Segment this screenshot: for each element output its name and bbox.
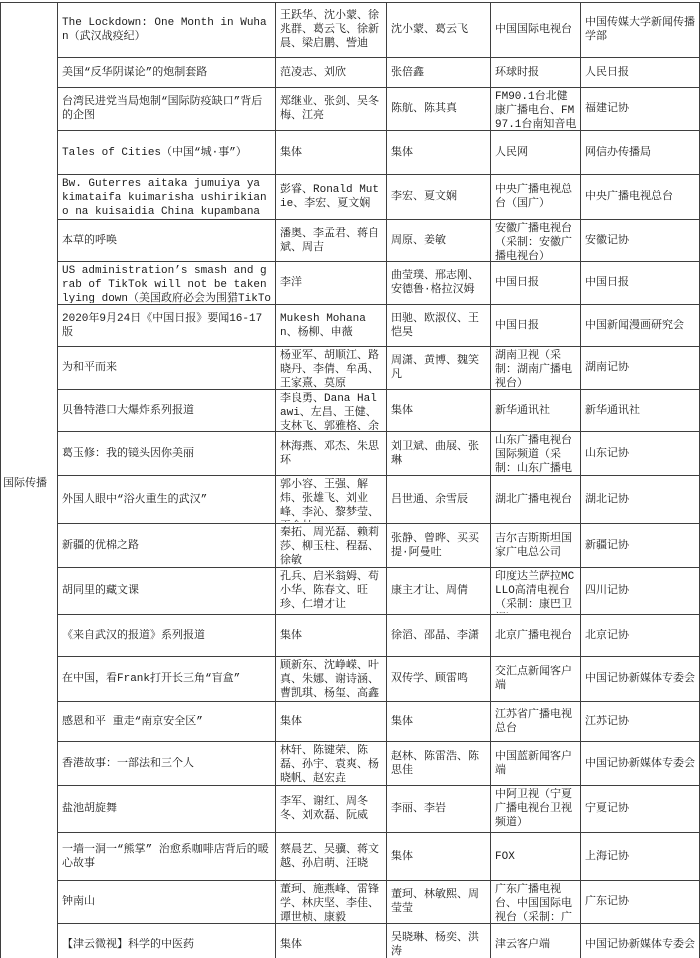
editors-cell: 田驰、欧淑仪、王恺昊 — [387, 305, 491, 347]
editors-cell: 曲莹璞、邢志刚、安德鲁·格拉汉姆 — [387, 262, 491, 305]
recommender-cell: 新华通讯社 — [581, 390, 700, 432]
authors-cell: 顾新东、沈峥嵘、叶真、朱娜、谢诗涵、曹凯琪、杨玺、高鑫 — [276, 657, 387, 702]
authors-cell: 林海燕、邓杰、朱思环 — [276, 432, 387, 476]
authors-cell-text: 集体 — [280, 146, 383, 160]
editors-cell-text: 张倍鑫 — [391, 66, 487, 80]
title-cell-text: 《来自武汉的报道》系列报道 — [62, 629, 272, 643]
publisher-cell: FM90.1台北健康广播电台、FM97.1台南知音电台、 — [491, 88, 581, 131]
publisher-cell-text: 安徽广播电视台（采制：安徽广播电视台） — [495, 222, 577, 260]
editors-cell: 集体 — [387, 131, 491, 175]
authors-cell-text: 集体 — [280, 629, 383, 643]
authors-cell-text: 杨亚军、胡顺江、路晓丹、李倩、牟禹、王家熹、莫原 — [280, 349, 383, 388]
publisher-cell: 北京广播电视台 — [491, 615, 581, 657]
editors-cell: 集体 — [387, 390, 491, 432]
publisher-cell: 广东广播电视台、中国国际电视台（采制：广东广播电视台） — [491, 881, 581, 924]
publisher-cell: 中阿卫视（宁夏广播电视台卫视频道） — [491, 786, 581, 833]
authors-cell-text: 李洋 — [280, 276, 383, 290]
publisher-cell-text: 交汇点新闻客户端 — [495, 665, 577, 693]
publisher-cell-text: 中国日报 — [495, 276, 577, 290]
title-cell-text: 本草的呼唤 — [62, 234, 272, 248]
recommender-cell-text: 中央广播电视总台 — [585, 190, 696, 204]
table-row: 台湾民进党当局炮制“国际防疫缺口”背后的企图郑继业、张剑、吴冬梅、江亮陈航、陈其… — [1, 88, 700, 131]
authors-cell-text: 潘奥、李孟君、蒋自斌、周吉 — [280, 227, 383, 255]
recommender-cell: 中国记协新媒体专委会 — [581, 742, 700, 786]
title-cell: US administration’s smash and grab of Ti… — [58, 262, 276, 305]
publisher-cell: 中国日报 — [491, 305, 581, 347]
publisher-cell: 中国日报 — [491, 262, 581, 305]
publisher-cell: 吉尔吉斯斯坦国家广电总公司 — [491, 524, 581, 568]
recommender-cell-text: 江苏记协 — [585, 715, 696, 729]
authors-cell: 蔡晨艺、吴骥、蒋文越、孙启萌、汪晓 — [276, 833, 387, 881]
editors-cell: 双传学、顾雷鸣 — [387, 657, 491, 702]
publisher-cell: 交汇点新闻客户端 — [491, 657, 581, 702]
authors-cell-text: 秦拓、周光磊、赖莉莎、柳玉柱、程磊、徐敏 — [280, 526, 383, 566]
editors-cell-text: 康主才让、周倩 — [391, 584, 487, 598]
editors-cell: 吴晓琳、杨奕、洪涛 — [387, 924, 491, 958]
recommender-cell-text: 福建记协 — [585, 102, 696, 116]
title-cell-text: 一墙一洞一“熊掌” 治愈系咖啡店背后的暖心故事 — [62, 843, 272, 871]
editors-cell-text: 李宏、夏文娴 — [391, 190, 487, 204]
publisher-cell-text: 江苏省广播电视总台 — [495, 708, 577, 736]
editors-cell-text: 徐滔、邵晶、李潇 — [391, 629, 487, 643]
editors-cell: 周潇、黄博、魏笑凡 — [387, 347, 491, 390]
recommender-cell-text: 新华通讯社 — [585, 404, 696, 418]
table-row: 钟南山董珂、施燕峰、雷锋学、林庆坚、李佳、谭世桢、康毅董珂、林敏熙、周莹莹广东广… — [1, 881, 700, 924]
editors-cell: 集体 — [387, 833, 491, 881]
editors-cell-text: 陈航、陈其真 — [391, 102, 487, 116]
title-cell-text: 葛玉修：我的镜头因你美丽 — [62, 447, 272, 461]
authors-cell: 集体 — [276, 702, 387, 742]
authors-cell-text: Mukesh Mohanan、杨柳、申薇 — [280, 312, 383, 340]
title-cell-text: 钟南山 — [62, 895, 272, 909]
table-row: 【津云微视】科学的中医药集体吴晓琳、杨奕、洪涛津云客户端中国记协新媒体专委会 — [1, 924, 700, 958]
authors-cell-text: 孔兵、启米翁姆、苟小华、陈春文、旺珍、仁增才让 — [280, 570, 383, 612]
publisher-cell: 津云客户端 — [491, 924, 581, 958]
editors-cell: 吕世通、余雪辰 — [387, 476, 491, 524]
editors-cell: 刘卫斌、曲展、张琳 — [387, 432, 491, 476]
table-row: 美国“反华阴谋论”的炮制套路范凌志、刘欣张倍鑫环球时报人民日报 — [1, 58, 700, 88]
publisher-cell-text: 环球时报 — [495, 66, 577, 80]
recommender-cell-text: 湖北记协 — [585, 493, 696, 507]
publisher-cell-text: 津云客户端 — [495, 938, 577, 952]
recommender-cell-text: 中国记协新媒体专委会 — [585, 757, 696, 771]
title-cell-text: 盐池胡旋舞 — [62, 802, 272, 816]
publisher-cell: 新华通讯社 — [491, 390, 581, 432]
authors-cell: 孔兵、启米翁姆、苟小华、陈春文、旺珍、仁增才让 — [276, 568, 387, 615]
publisher-cell: 中国国际电视台 — [491, 3, 581, 58]
editors-cell-text: 周原、姜敏 — [391, 234, 487, 248]
title-cell: 外国人眼中“浴火重生的武汉” — [58, 476, 276, 524]
publisher-cell-text: 中阿卫视（宁夏广播电视台卫视频道） — [495, 788, 577, 830]
authors-cell: 潘奥、李孟君、蒋自斌、周吉 — [276, 220, 387, 262]
publisher-cell: 印度达兰萨拉MCLLO高清电视台（采制：康巴卫视） — [491, 568, 581, 615]
publisher-cell: 湖北广播电视台 — [491, 476, 581, 524]
authors-cell-text: 顾新东、沈峥嵘、叶真、朱娜、谢诗涵、曹凯琪、杨玺、高鑫 — [280, 659, 383, 700]
table-row: Bw. Guterres aitaka jumuiya ya kimataifa… — [1, 175, 700, 220]
editors-cell-text: 集体 — [391, 146, 487, 160]
editors-cell: 赵林、陈雷浩、陈思佳 — [387, 742, 491, 786]
editors-cell-text: 吕世通、余雪辰 — [391, 493, 487, 507]
title-cell: 2020年9月24日《中国日报》要闻16-17版 — [58, 305, 276, 347]
recommender-cell: 人民日报 — [581, 58, 700, 88]
publisher-cell-text: 印度达兰萨拉MCLLO高清电视台（采制：康巴卫视） — [495, 570, 577, 613]
table-row: 2020年9月24日《中国日报》要闻16-17版Mukesh Mohanan、杨… — [1, 305, 700, 347]
editors-cell-text: 双传学、顾雷鸣 — [391, 672, 487, 686]
table-row: 国际传播The Lockdown: One Month in Wuhan（武汉战… — [1, 3, 700, 58]
table-row: 《来自武汉的报道》系列报道集体徐滔、邵晶、李潇北京广播电视台北京记协 — [1, 615, 700, 657]
publisher-cell: 中央广播电视总台（国广） — [491, 175, 581, 220]
publisher-cell-text: 人民网 — [495, 146, 577, 160]
title-cell-text: 贝鲁特港口大爆炸系列报道 — [62, 404, 272, 418]
title-cell-text: 香港故事：一部法和三个人 — [62, 757, 272, 771]
title-cell: Bw. Guterres aitaka jumuiya ya kimataifa… — [58, 175, 276, 220]
authors-cell: 李洋 — [276, 262, 387, 305]
title-cell-text: 美国“反华阴谋论”的炮制套路 — [62, 66, 272, 80]
authors-cell-text: 彭睿、Ronald Mutie、李宏、夏文娴 — [280, 183, 383, 211]
title-cell: 美国“反华阴谋论”的炮制套路 — [58, 58, 276, 88]
authors-cell: 李良勇、Dana Halawi、左昌、王健、支林飞、郭雅格、余忠稳 — [276, 390, 387, 432]
recommender-cell-text: 网信办传播局 — [585, 146, 696, 160]
publisher-cell: 安徽广播电视台（采制：安徽广播电视台） — [491, 220, 581, 262]
recommender-cell-text: 四川记协 — [585, 584, 696, 598]
authors-cell: 郑继业、张剑、吴冬梅、江亮 — [276, 88, 387, 131]
table-row: 一墙一洞一“熊掌” 治愈系咖啡店背后的暖心故事蔡晨艺、吴骥、蒋文越、孙启萌、汪晓… — [1, 833, 700, 881]
recommender-cell: 新疆记协 — [581, 524, 700, 568]
publisher-cell-text: 北京广播电视台 — [495, 629, 577, 643]
authors-cell-text: 集体 — [280, 715, 383, 729]
authors-cell-text: 郑继业、张剑、吴冬梅、江亮 — [280, 95, 383, 123]
title-cell-text: 台湾民进党当局炮制“国际防疫缺口”背后的企图 — [62, 95, 272, 123]
authors-cell: 范凌志、刘欣 — [276, 58, 387, 88]
authors-cell: 集体 — [276, 131, 387, 175]
recommender-cell-text: 宁夏记协 — [585, 802, 696, 816]
recommender-cell-text: 安徽记协 — [585, 234, 696, 248]
authors-cell-text: 林轩、陈键荣、陈磊、孙宇、袁爽、杨晓帆、赵宏垚 — [280, 744, 383, 784]
authors-cell: 王跃华、沈小蒙、徐兆群、葛云飞、徐新晨、梁启鹏、訾迪 — [276, 3, 387, 58]
authors-cell: 彭睿、Ronald Mutie、李宏、夏文娴 — [276, 175, 387, 220]
recommender-cell: 中国传媒大学新闻传播学部 — [581, 3, 700, 58]
authors-cell: 集体 — [276, 615, 387, 657]
table-row: 葛玉修：我的镜头因你美丽林海燕、邓杰、朱思环刘卫斌、曲展、张琳山东广播电视台国际… — [1, 432, 700, 476]
table-row: 在中国，看Frank打开长三角“盲盒”顾新东、沈峥嵘、叶真、朱娜、谢诗涵、曹凯琪… — [1, 657, 700, 702]
publisher-cell-text: 中国蓝新闻客户端 — [495, 750, 577, 778]
title-cell: The Lockdown: One Month in Wuhan（武汉战疫纪） — [58, 3, 276, 58]
title-cell-text: 胡同里的藏文课 — [62, 584, 272, 598]
authors-cell-text: 集体 — [280, 938, 383, 952]
title-cell: 胡同里的藏文课 — [58, 568, 276, 615]
title-cell: 新疆的优棉之路 — [58, 524, 276, 568]
title-cell: 贝鲁特港口大爆炸系列报道 — [58, 390, 276, 432]
title-cell: 在中国，看Frank打开长三角“盲盒” — [58, 657, 276, 702]
recommender-cell: 安徽记协 — [581, 220, 700, 262]
recommender-cell-text: 中国新闻漫画研究会 — [585, 319, 696, 333]
table-row: 贝鲁特港口大爆炸系列报道李良勇、Dana Halawi、左昌、王健、支林飞、郭雅… — [1, 390, 700, 432]
title-cell: 台湾民进党当局炮制“国际防疫缺口”背后的企图 — [58, 88, 276, 131]
recommender-cell: 北京记协 — [581, 615, 700, 657]
editors-cell: 李丽、李岩 — [387, 786, 491, 833]
recommender-cell: 四川记协 — [581, 568, 700, 615]
title-cell-text: 外国人眼中“浴火重生的武汉” — [62, 493, 272, 507]
title-cell-text: 【津云微视】科学的中医药 — [62, 938, 272, 952]
table-row: 本草的呼唤潘奥、李孟君、蒋自斌、周吉周原、姜敏安徽广播电视台（采制：安徽广播电视… — [1, 220, 700, 262]
publisher-cell-text: 湖南卫视（采制：湖南广播电视台） — [495, 349, 577, 388]
authors-cell-text: 王跃华、沈小蒙、徐兆群、葛云飞、徐新晨、梁启鹏、訾迪 — [280, 9, 383, 51]
title-cell-text: Bw. Guterres aitaka jumuiya ya kimataifa… — [62, 177, 272, 218]
recommender-cell: 湖南记协 — [581, 347, 700, 390]
publisher-cell: FOX — [491, 833, 581, 881]
title-cell-text: US administration’s smash and grab of Ti… — [62, 264, 272, 303]
table-row: 新疆的优棉之路秦拓、周光磊、赖莉莎、柳玉柱、程磊、徐敏张静、曾晔、买买提·阿曼吐… — [1, 524, 700, 568]
editors-cell: 张静、曾晔、买买提·阿曼吐 — [387, 524, 491, 568]
recommender-cell-text: 新疆记协 — [585, 539, 696, 553]
recommender-cell-text: 中国记协新媒体专委会 — [585, 672, 696, 686]
publisher-cell: 中国蓝新闻客户端 — [491, 742, 581, 786]
table-row: Tales of Cities（中国“城·事”）集体集体人民网网信办传播局 — [1, 131, 700, 175]
title-cell: 一墙一洞一“熊掌” 治愈系咖啡店背后的暖心故事 — [58, 833, 276, 881]
recommender-cell: 上海记协 — [581, 833, 700, 881]
table-row: 胡同里的藏文课孔兵、启米翁姆、苟小华、陈春文、旺珍、仁增才让康主才让、周倩印度达… — [1, 568, 700, 615]
authors-cell-text: 范凌志、刘欣 — [280, 66, 383, 80]
editors-cell-text: 李丽、李岩 — [391, 802, 487, 816]
table-row: 感恩和平 重走“南京安全区”集体集体江苏省广播电视总台江苏记协 — [1, 702, 700, 742]
title-cell-text: 感恩和平 重走“南京安全区” — [62, 715, 272, 729]
awards-table: 国际传播The Lockdown: One Month in Wuhan（武汉战… — [0, 2, 700, 958]
authors-cell: 林轩、陈键荣、陈磊、孙宇、袁爽、杨晓帆、赵宏垚 — [276, 742, 387, 786]
authors-cell: 秦拓、周光磊、赖莉莎、柳玉柱、程磊、徐敏 — [276, 524, 387, 568]
publisher-cell: 环球时报 — [491, 58, 581, 88]
editors-cell-text: 集体 — [391, 850, 487, 864]
publisher-cell-text: 中央广播电视总台（国广） — [495, 183, 577, 211]
table-row: 外国人眼中“浴火重生的武汉”郭小容、王强、解炜、张雄飞、刘业峰、李沁、黎梦莹、王… — [1, 476, 700, 524]
editors-cell: 沈小蒙、葛云飞 — [387, 3, 491, 58]
authors-cell-text: 李军、谢红、周冬冬、刘欢磊、阮威 — [280, 795, 383, 823]
authors-cell: Mukesh Mohanan、杨柳、申薇 — [276, 305, 387, 347]
editors-cell: 董珂、林敏熙、周莹莹 — [387, 881, 491, 924]
title-cell-text: The Lockdown: One Month in Wuhan（武汉战疫纪） — [62, 16, 272, 44]
publisher-cell-text: 中国日报 — [495, 319, 577, 333]
recommender-cell: 湖北记协 — [581, 476, 700, 524]
title-cell: 香港故事：一部法和三个人 — [58, 742, 276, 786]
authors-cell: 集体 — [276, 924, 387, 958]
recommender-cell-text: 中国日报 — [585, 276, 696, 290]
document-page: 国际传播The Lockdown: One Month in Wuhan（武汉战… — [0, 0, 700, 958]
editors-cell-text: 刘卫斌、曲展、张琳 — [391, 440, 487, 468]
title-cell-text: Tales of Cities（中国“城·事”） — [62, 146, 272, 160]
recommender-cell: 广东记协 — [581, 881, 700, 924]
editors-cell: 周原、姜敏 — [387, 220, 491, 262]
authors-cell: 郭小容、王强、解炜、张雄飞、刘业峰、李沁、黎梦莹、王会林 — [276, 476, 387, 524]
recommender-cell-text: 中国记协新媒体专委会 — [585, 938, 696, 952]
publisher-cell: 湖南卫视（采制：湖南广播电视台） — [491, 347, 581, 390]
authors-cell-text: 林海燕、邓杰、朱思环 — [280, 440, 383, 468]
table-row: 为和平而来杨亚军、胡顺江、路晓丹、李倩、牟禹、王家熹、莫原周潇、黄博、魏笑凡湖南… — [1, 347, 700, 390]
recommender-cell: 中国新闻漫画研究会 — [581, 305, 700, 347]
authors-cell-text: 蔡晨艺、吴骥、蒋文越、孙启萌、汪晓 — [280, 843, 383, 871]
editors-cell-text: 沈小蒙、葛云飞 — [391, 23, 487, 37]
recommender-cell: 网信办传播局 — [581, 131, 700, 175]
recommender-cell: 中国日报 — [581, 262, 700, 305]
authors-cell: 李军、谢红、周冬冬、刘欢磊、阮威 — [276, 786, 387, 833]
recommender-cell-text: 湖南记协 — [585, 361, 696, 375]
publisher-cell: 江苏省广播电视总台 — [491, 702, 581, 742]
table-row: 盐池胡旋舞李军、谢红、周冬冬、刘欢磊、阮威李丽、李岩中阿卫视（宁夏广播电视台卫视… — [1, 786, 700, 833]
editors-cell-text: 周潇、黄博、魏笑凡 — [391, 354, 487, 382]
title-cell-text: 新疆的优棉之路 — [62, 539, 272, 553]
authors-cell: 董珂、施燕峰、雷锋学、林庆坚、李佳、谭世桢、康毅 — [276, 881, 387, 924]
editors-cell: 陈航、陈其真 — [387, 88, 491, 131]
title-cell-text: 为和平而来 — [62, 361, 272, 375]
title-cell: 为和平而来 — [58, 347, 276, 390]
title-cell: 盐池胡旋舞 — [58, 786, 276, 833]
recommender-cell-text: 中国传媒大学新闻传播学部 — [585, 16, 696, 44]
recommender-cell-text: 上海记协 — [585, 850, 696, 864]
publisher-cell-text: FM90.1台北健康广播电台、FM97.1台南知音电台、 — [495, 90, 577, 129]
recommender-cell-text: 广东记协 — [585, 895, 696, 909]
publisher-cell: 山东广播电视台国际频道（采制：山东广播电视台） — [491, 432, 581, 476]
title-cell-text: 在中国，看Frank打开长三角“盲盒” — [62, 672, 272, 686]
title-cell: 本草的呼唤 — [58, 220, 276, 262]
recommender-cell-text: 人民日报 — [585, 66, 696, 80]
editors-cell: 徐滔、邵晶、李潇 — [387, 615, 491, 657]
authors-cell-text: 李良勇、Dana Halawi、左昌、王健、支林飞、郭雅格、余忠稳 — [280, 392, 383, 430]
publisher-cell-text: 湖北广播电视台 — [495, 493, 577, 507]
editors-cell-text: 董珂、林敏熙、周莹莹 — [391, 888, 487, 916]
recommender-cell: 中国记协新媒体专委会 — [581, 657, 700, 702]
recommender-cell: 宁夏记协 — [581, 786, 700, 833]
publisher-cell-text: 吉尔吉斯斯坦国家广电总公司 — [495, 532, 577, 560]
title-cell: 《来自武汉的报道》系列报道 — [58, 615, 276, 657]
editors-cell-text: 集体 — [391, 715, 487, 729]
recommender-cell: 江苏记协 — [581, 702, 700, 742]
recommender-cell: 山东记协 — [581, 432, 700, 476]
editors-cell-text: 集体 — [391, 404, 487, 418]
editors-cell: 李宏、夏文娴 — [387, 175, 491, 220]
recommender-cell-text: 山东记协 — [585, 447, 696, 461]
table-row: US administration’s smash and grab of Ti… — [1, 262, 700, 305]
title-cell: 【津云微视】科学的中医药 — [58, 924, 276, 958]
editors-cell: 集体 — [387, 702, 491, 742]
recommender-cell: 中央广播电视总台 — [581, 175, 700, 220]
editors-cell: 康主才让、周倩 — [387, 568, 491, 615]
title-cell-text: 2020年9月24日《中国日报》要闻16-17版 — [62, 312, 272, 340]
editors-cell-text: 张静、曾晔、买买提·阿曼吐 — [391, 532, 487, 560]
editors-cell-text: 曲莹璞、邢志刚、安德鲁·格拉汉姆 — [391, 269, 487, 297]
publisher-cell-text: 广东广播电视台、中国国际电视台（采制：广东广播电视台） — [495, 883, 577, 922]
authors-cell: 杨亚军、胡顺江、路晓丹、李倩、牟禹、王家熹、莫原 — [276, 347, 387, 390]
editors-cell-text: 赵林、陈雷浩、陈思佳 — [391, 750, 487, 778]
publisher-cell-text: 中国国际电视台 — [495, 23, 577, 37]
publisher-cell-text: 新华通讯社 — [495, 404, 577, 418]
title-cell: 感恩和平 重走“南京安全区” — [58, 702, 276, 742]
recommender-cell-text: 北京记协 — [585, 629, 696, 643]
editors-cell-text: 田驰、欧淑仪、王恺昊 — [391, 312, 487, 340]
authors-cell-text: 董珂、施燕峰、雷锋学、林庆坚、李佳、谭世桢、康毅 — [280, 883, 383, 922]
authors-cell-text: 郭小容、王强、解炜、张雄飞、刘业峰、李沁、黎梦莹、王会林 — [280, 478, 383, 522]
title-cell: Tales of Cities（中国“城·事”） — [58, 131, 276, 175]
recommender-cell: 福建记协 — [581, 88, 700, 131]
table-row: 香港故事：一部法和三个人林轩、陈键荣、陈磊、孙宇、袁爽、杨晓帆、赵宏垚赵林、陈雷… — [1, 742, 700, 786]
publisher-cell-text: FOX — [495, 850, 577, 864]
editors-cell-text: 吴晓琳、杨奕、洪涛 — [391, 931, 487, 958]
awards-table-body: 国际传播The Lockdown: One Month in Wuhan（武汉战… — [1, 3, 700, 958]
title-cell: 葛玉修：我的镜头因你美丽 — [58, 432, 276, 476]
publisher-cell-text: 山东广播电视台国际频道（采制：山东广播电视台） — [495, 434, 577, 474]
recommender-cell: 中国记协新媒体专委会 — [581, 924, 700, 958]
publisher-cell: 人民网 — [491, 131, 581, 175]
category-cell: 国际传播 — [1, 3, 58, 958]
editors-cell: 张倍鑫 — [387, 58, 491, 88]
title-cell: 钟南山 — [58, 881, 276, 924]
